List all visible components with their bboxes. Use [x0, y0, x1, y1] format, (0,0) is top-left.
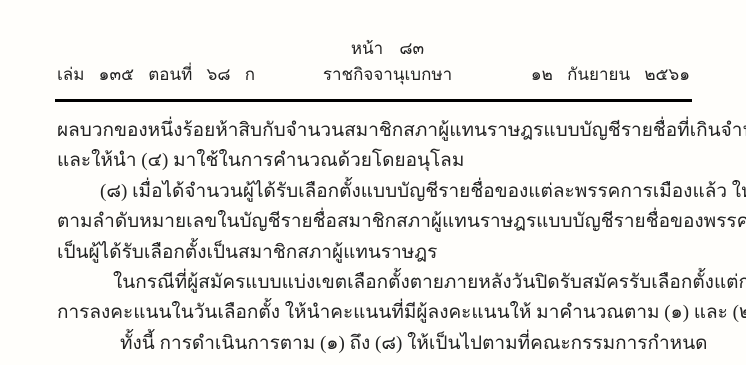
body-line: เป็นผู้ได้รับเลือกตั้งเป็นสมาชิกสภาผู้แท…: [57, 238, 692, 268]
body-line: การลงคะแนนในวันเลือกตั้ง ให้นำคะแนนที่มี…: [57, 298, 692, 328]
body-line: ผลบวกของหนึ่งร้อยห้าสิบกับจำนวนสมาชิกสภา…: [57, 116, 692, 146]
body-line: ตามลำดับหมายเลขในบัญชีรายชื่อสมาชิกสภาผู…: [57, 207, 692, 237]
volume-part-label: เล่ม ๑๓๕ ตอนที่ ๖๘ ก: [57, 62, 255, 88]
document-body: ผลบวกของหนึ่งร้อยห้าสิบกับจำนวนสมาชิกสภา…: [57, 116, 692, 359]
header-divider-rule: [55, 99, 692, 102]
body-line-clause-8: (๘) เมื่อได้จำนวนผู้ได้รับเลือกตั้งแบบบั…: [57, 177, 692, 207]
gazette-page: หน้า ๘๓ เล่ม ๑๓๕ ตอนที่ ๖๘ ก ราชกิจจานุเ…: [0, 0, 746, 365]
body-line: และให้นำ (๔) มาใช้ในการคำนวณด้วยโดยอนุโล…: [57, 146, 692, 176]
page-header: หน้า ๘๓ เล่ม ๑๓๕ ตอนที่ ๖๘ ก ราชกิจจานุเ…: [57, 36, 692, 88]
header-row: เล่ม ๑๓๕ ตอนที่ ๖๘ ก ราชกิจจานุเบกษา ๑๒ …: [57, 62, 692, 88]
body-line-case-paragraph: ในกรณีที่ผู้สมัครแบบแบ่งเขตเลือกตั้งตายภ…: [57, 268, 692, 298]
gazette-title: ราชกิจจานุเบกษา: [323, 62, 452, 88]
body-line-final-provision: ทั้งนี้ การดำเนินการตาม (๑) ถึง (๘) ให้เ…: [57, 329, 692, 359]
page-number: หน้า ๘๓: [57, 36, 692, 62]
issue-date: ๑๒ กันยายน ๒๕๖๑: [531, 62, 690, 88]
